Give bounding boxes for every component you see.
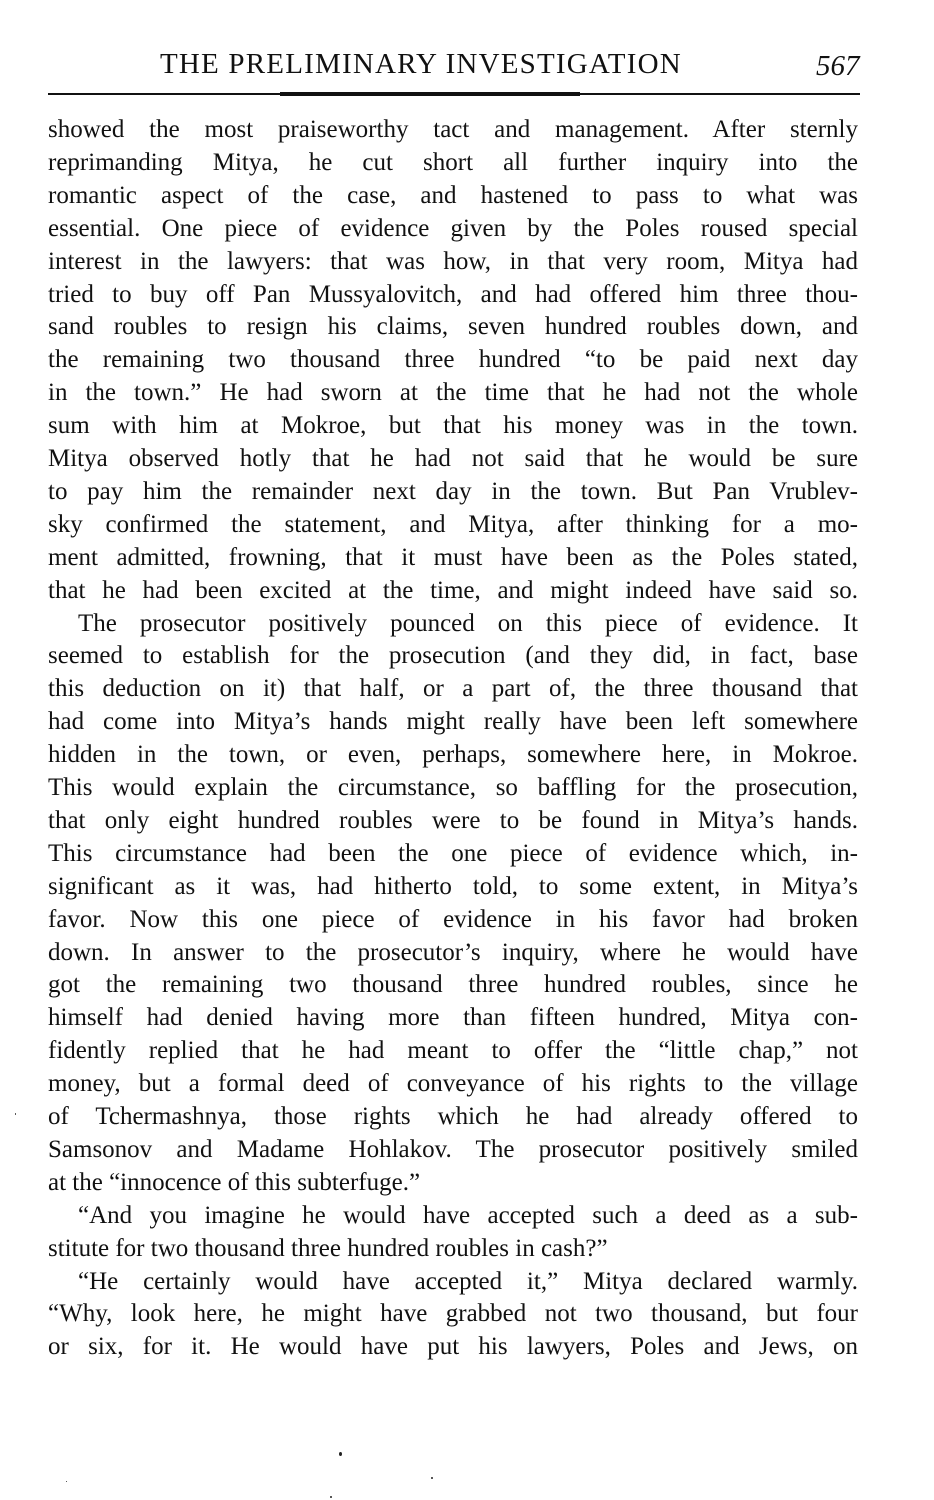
text-line: that only eight hundred roubles were to …: [48, 804, 858, 837]
scan-speck: [15, 1113, 16, 1115]
text-line: the remaining two thousand three hundred…: [48, 343, 858, 376]
text-line: to pay him the remainder next day in the…: [48, 475, 858, 508]
scan-speck: [339, 1452, 342, 1456]
text-line: fidently replied that he had meant to of…: [48, 1034, 858, 1067]
page-number: 567: [816, 46, 860, 86]
text-line: got the remaining two thousand three hun…: [48, 968, 858, 1001]
text-line: interest in the lawyers: that was how, i…: [48, 245, 858, 278]
text-line: significant as it was, had hitherto told…: [48, 870, 858, 903]
text-line: hidden in the town, or even, perhaps, so…: [48, 738, 858, 771]
text-line: of Tchermashnya, those rights which he h…: [48, 1100, 858, 1133]
text-line: showed the most praiseworthy tact and ma…: [48, 113, 858, 146]
text-line: sand roubles to resign his claims, seven…: [48, 310, 858, 343]
book-page: THE PRELIMINARY INVESTIGATION 567 showed…: [0, 0, 934, 1500]
paragraph-first-line: The prosecutor positively pounced on thi…: [48, 607, 858, 640]
paragraph-first-line: “He certainly would have accepted it,” M…: [48, 1265, 858, 1298]
text-line: at the “innocence of this subterfuge.”: [48, 1166, 858, 1199]
text-line: this deduction on it) that half, or a pa…: [48, 672, 858, 705]
text-line: This would explain the circumstance, so …: [48, 771, 858, 804]
scan-speck: [330, 1496, 332, 1498]
header-rule-thick-segment: [280, 92, 580, 96]
text-line: This circumstance had been the one piece…: [48, 837, 858, 870]
text-line: “Why, look here, he might have grabbed n…: [48, 1297, 858, 1330]
text-line: down. In answer to the prosecutor’s inqu…: [48, 936, 858, 969]
text-line: or six, for it. He would have put his la…: [48, 1330, 858, 1363]
running-header: THE PRELIMINARY INVESTIGATION 567: [160, 44, 860, 84]
text-line: seemed to establish for the prosecution …: [48, 639, 858, 672]
text-line: that he had been excited at the time, an…: [48, 574, 858, 607]
text-line: tried to buy off Pan Mussyalovitch, and …: [48, 278, 858, 311]
scan-speck: [431, 1477, 433, 1479]
running-title: THE PRELIMINARY INVESTIGATION: [160, 44, 682, 84]
text-line: favor. Now this one piece of evidence in…: [48, 903, 858, 936]
paragraph-first-line: “And you imagine he would have accepted …: [48, 1199, 858, 1232]
text-line: himself had denied having more than fift…: [48, 1001, 858, 1034]
text-line: Mitya observed hotly that he had not sai…: [48, 442, 858, 475]
text-line: romantic aspect of the case, and hastene…: [48, 179, 858, 212]
text-line: money, but a formal deed of conveyance o…: [48, 1067, 858, 1100]
text-line: sky confirmed the statement, and Mitya, …: [48, 508, 858, 541]
text-line: ment admitted, frowning, that it must ha…: [48, 541, 858, 574]
text-line: in the town.” He had sworn at the time t…: [48, 376, 858, 409]
text-line: essential. One piece of evidence given b…: [48, 212, 858, 245]
text-line: had come into Mitya’s hands might really…: [48, 705, 858, 738]
text-line: Samsonov and Madame Hohlakov. The prosec…: [48, 1133, 858, 1166]
scan-speck: [66, 1481, 67, 1482]
text-line: reprimanding Mitya, he cut short all fur…: [48, 146, 858, 179]
text-line: stitute for two thousand three hundred r…: [48, 1232, 858, 1265]
text-line: sum with him at Mokroe, but that his mon…: [48, 409, 858, 442]
